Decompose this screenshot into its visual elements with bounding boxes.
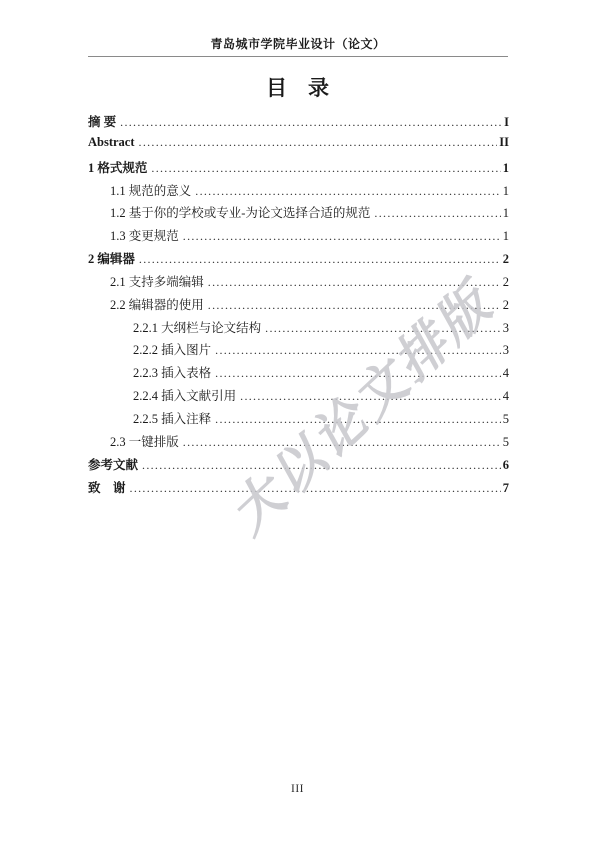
toc-dot-leader: ........................................… <box>120 115 502 130</box>
toc-entry-page-number: 5 <box>503 435 509 450</box>
toc-entry-page-number: 5 <box>503 412 509 427</box>
toc-entry: 致 谢.....................................… <box>88 478 509 501</box>
toc-entry-page-number: 1 <box>503 184 509 199</box>
toc-entry: 摘 要.....................................… <box>88 112 509 135</box>
toc-dot-leader: ........................................… <box>215 343 501 358</box>
toc-dot-leader: ........................................… <box>215 366 501 381</box>
toc-entry-page-number: 4 <box>503 389 509 404</box>
toc-dot-leader: ........................................… <box>215 412 501 427</box>
toc-entry: 2.2.4 插入文献引用............................… <box>88 386 509 409</box>
toc-entry-label: 1.1 规范的意义 <box>110 181 191 199</box>
toc-entry-label: 致 谢 <box>88 478 126 496</box>
toc-dot-leader: ........................................… <box>139 252 501 267</box>
toc-entry-label: 参考文献 <box>88 455 138 473</box>
toc-entry: 2.2.2 插入图片..............................… <box>88 340 509 363</box>
footer-page-number: III <box>0 783 595 795</box>
toc-entry: 2 编辑器...................................… <box>88 249 509 272</box>
toc-dot-leader: ........................................… <box>142 458 501 473</box>
toc-entry-label: 2.2.1 大纲栏与论文结构 <box>133 318 261 336</box>
toc-dot-leader: ........................................… <box>195 184 500 199</box>
toc-entry: 1.2 基于你的学校或专业-为论文选择合适的规范................… <box>88 203 509 226</box>
toc-entry-page-number: 6 <box>503 458 509 473</box>
toc-entry-page-number: I <box>504 115 509 130</box>
toc-entry: Abstract................................… <box>88 135 509 158</box>
toc-dot-leader: ........................................… <box>208 298 501 313</box>
toc-entry: 2.2.5 插入注释..............................… <box>88 409 509 432</box>
toc-entry-page-number: II <box>499 135 509 150</box>
toc-entry: 2.2.3 插入表格..............................… <box>88 363 509 386</box>
toc-entry: 1 格式规范..................................… <box>88 158 509 181</box>
toc-entry-page-number: 3 <box>503 321 509 336</box>
toc-entry-page-number: 2 <box>503 275 509 290</box>
toc-dot-leader: ........................................… <box>130 481 501 496</box>
toc-dot-leader: ........................................… <box>374 206 500 221</box>
toc-entry: 2.2.1 大纲栏与论文结构..........................… <box>88 318 509 341</box>
toc-entry-page-number: 3 <box>503 343 509 358</box>
toc-entry-page-number: 1 <box>503 206 509 221</box>
toc-entry-page-number: 4 <box>503 366 509 381</box>
toc-entry-label: 2.3 一键排版 <box>110 432 179 450</box>
toc-entry-label: 2.2.2 插入图片 <box>133 340 211 358</box>
toc-entry-page-number: 1 <box>503 229 509 244</box>
toc-dot-leader: ........................................… <box>208 275 501 290</box>
toc-entry-page-number: 2 <box>503 298 509 313</box>
toc-entry: 1.1 规范的意义...............................… <box>88 181 509 204</box>
toc-dot-leader: ........................................… <box>183 435 501 450</box>
toc-entry-label: 1.3 变更规范 <box>110 226 179 244</box>
toc-entry-label: 2.2 编辑器的使用 <box>110 295 204 313</box>
toc-entry-label: 2.2.4 插入文献引用 <box>133 386 236 404</box>
toc-entry-label: 2.2.5 插入注释 <box>133 409 211 427</box>
toc-entry-label: Abstract <box>88 135 135 150</box>
toc-dot-leader: ........................................… <box>151 161 500 176</box>
table-of-contents: 摘 要.....................................… <box>88 112 509 500</box>
toc-entry-label: 摘 要 <box>88 112 116 130</box>
toc-dot-leader: ........................................… <box>240 389 501 404</box>
toc-entry: 2.3 一键排版................................… <box>88 432 509 455</box>
document-page: 青岛城市学院毕业设计（论文） 目 录 摘 要..................… <box>0 0 595 842</box>
toc-entry-label: 1.2 基于你的学校或专业-为论文选择合适的规范 <box>110 203 370 221</box>
toc-dot-leader: ........................................… <box>183 229 501 244</box>
toc-dot-leader: ........................................… <box>265 321 501 336</box>
toc-entry: 2.1 支持多端编辑..............................… <box>88 272 509 295</box>
toc-entry-label: 1 格式规范 <box>88 158 147 176</box>
toc-entry-page-number: 7 <box>503 481 509 496</box>
toc-entry-page-number: 2 <box>503 252 509 267</box>
page-header: 青岛城市学院毕业设计（论文） <box>88 37 508 57</box>
toc-entry-page-number: 1 <box>503 161 509 176</box>
toc-entry: 1.3 变更规范................................… <box>88 226 509 249</box>
toc-entry-label: 2 编辑器 <box>88 249 135 267</box>
toc-entry: 2.2 编辑器的使用..............................… <box>88 295 509 318</box>
page-title: 目 录 <box>0 72 595 102</box>
toc-entry: 参考文献....................................… <box>88 455 509 478</box>
toc-entry-label: 2.2.3 插入表格 <box>133 363 211 381</box>
toc-entry-label: 2.1 支持多端编辑 <box>110 272 204 290</box>
toc-dot-leader: ........................................… <box>139 135 498 150</box>
